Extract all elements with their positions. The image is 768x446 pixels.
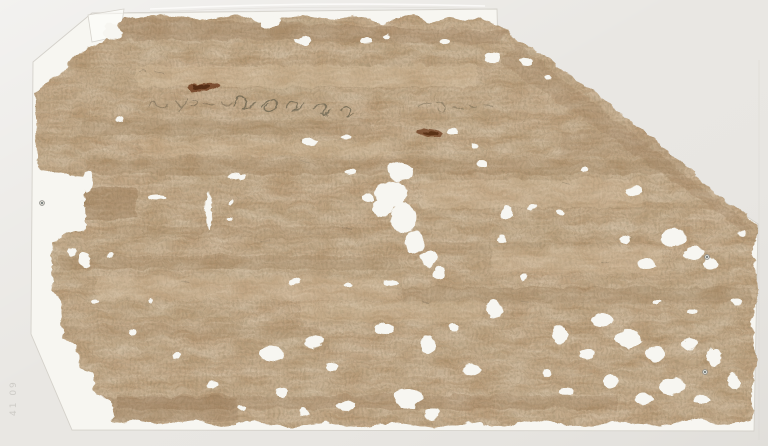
lacuna [274, 385, 286, 395]
fiber-streak [135, 64, 475, 86]
lacuna [560, 386, 572, 394]
lacuna [360, 191, 372, 201]
lacuna [577, 346, 593, 358]
lacuna [228, 198, 233, 203]
lacuna [615, 328, 639, 346]
lacuna [519, 56, 531, 64]
lacuna [336, 400, 354, 410]
margin-stamp: 41 09 [9, 380, 19, 416]
lacuna [107, 252, 113, 258]
lacuna [373, 321, 393, 333]
lacuna [393, 387, 421, 407]
lacuna [91, 297, 99, 303]
papyrus-photo: 41 09 [0, 0, 768, 446]
lacuna [384, 278, 396, 284]
lacuna [518, 274, 528, 280]
fiber-streak [140, 140, 390, 154]
fiber-streak [95, 276, 395, 298]
lacuna [730, 296, 740, 304]
lacuna [204, 381, 216, 389]
lacuna [447, 321, 457, 329]
lacuna [344, 169, 356, 175]
fiber-streak [80, 186, 135, 218]
lacuna [297, 406, 307, 414]
lacuna [540, 366, 550, 374]
lacuna [126, 327, 134, 333]
lacuna [422, 408, 438, 418]
lacuna [657, 376, 683, 394]
lacuna [525, 202, 535, 208]
lacuna [304, 334, 322, 346]
lacuna [342, 280, 352, 286]
lacuna [500, 205, 510, 219]
lacuna [485, 298, 501, 316]
mount-pin [705, 255, 710, 260]
fiber-streak [300, 300, 480, 320]
lacuna [235, 405, 245, 411]
fiber-streak [420, 178, 640, 206]
lacuna [170, 352, 180, 358]
lacuna [80, 170, 92, 190]
lacuna [682, 245, 702, 259]
lacuna [386, 161, 410, 179]
fiber-streak [80, 118, 370, 134]
lacuna [633, 392, 651, 404]
lacuna [550, 324, 566, 342]
lacuna [471, 143, 479, 148]
fiber-streak [100, 225, 360, 237]
lacuna [57, 193, 71, 217]
lacuna [482, 51, 498, 61]
lacuna [626, 185, 640, 195]
lacuna [324, 360, 336, 370]
lacuna [146, 193, 164, 199]
photo-canvas: 41 09 [0, 0, 768, 446]
lacuna [440, 37, 450, 43]
stain-core [192, 83, 208, 88]
lacuna [579, 167, 587, 173]
lacuna [705, 346, 719, 364]
lacuna [292, 36, 308, 44]
mount-pin [703, 370, 708, 375]
lacuna [680, 336, 696, 348]
lacuna [390, 201, 414, 231]
lacuna [65, 246, 75, 254]
lacuna [340, 133, 350, 138]
fiber-streak [400, 286, 750, 301]
lacuna [381, 32, 389, 38]
stain-core [422, 129, 436, 133]
lacuna [659, 228, 685, 244]
lacuna [602, 374, 618, 386]
lacuna [360, 37, 370, 43]
lacuna [403, 228, 423, 252]
lacuna [147, 298, 153, 302]
lacuna [475, 159, 485, 165]
lacuna [736, 228, 744, 236]
lacuna [235, 173, 245, 178]
mount-pin [40, 201, 45, 206]
lacuna [420, 249, 436, 265]
lacuna [78, 250, 90, 266]
lacuna [651, 297, 659, 303]
lacuna [637, 257, 653, 267]
lacuna [431, 266, 443, 278]
lacuna [370, 197, 392, 215]
lacuna [260, 16, 280, 28]
lacuna [542, 73, 550, 79]
lacuna [692, 393, 708, 403]
lacuna [225, 216, 231, 221]
lacuna [445, 128, 455, 133]
fiber-streak [490, 246, 660, 272]
lacuna [258, 344, 282, 362]
fiber-streak [84, 158, 684, 173]
lacuna [645, 344, 665, 360]
lacuna [420, 333, 434, 353]
lacuna [620, 234, 630, 242]
lacuna [590, 311, 610, 325]
lacuna [726, 373, 738, 387]
lacuna [302, 137, 318, 144]
lacuna [205, 190, 210, 230]
fiber-streak [58, 324, 318, 336]
lacuna [554, 209, 562, 215]
lacuna [102, 23, 122, 37]
lacuna [114, 115, 122, 121]
lacuna [287, 276, 299, 284]
lacuna [685, 307, 695, 313]
lacuna [496, 235, 504, 241]
lacuna [461, 364, 479, 376]
